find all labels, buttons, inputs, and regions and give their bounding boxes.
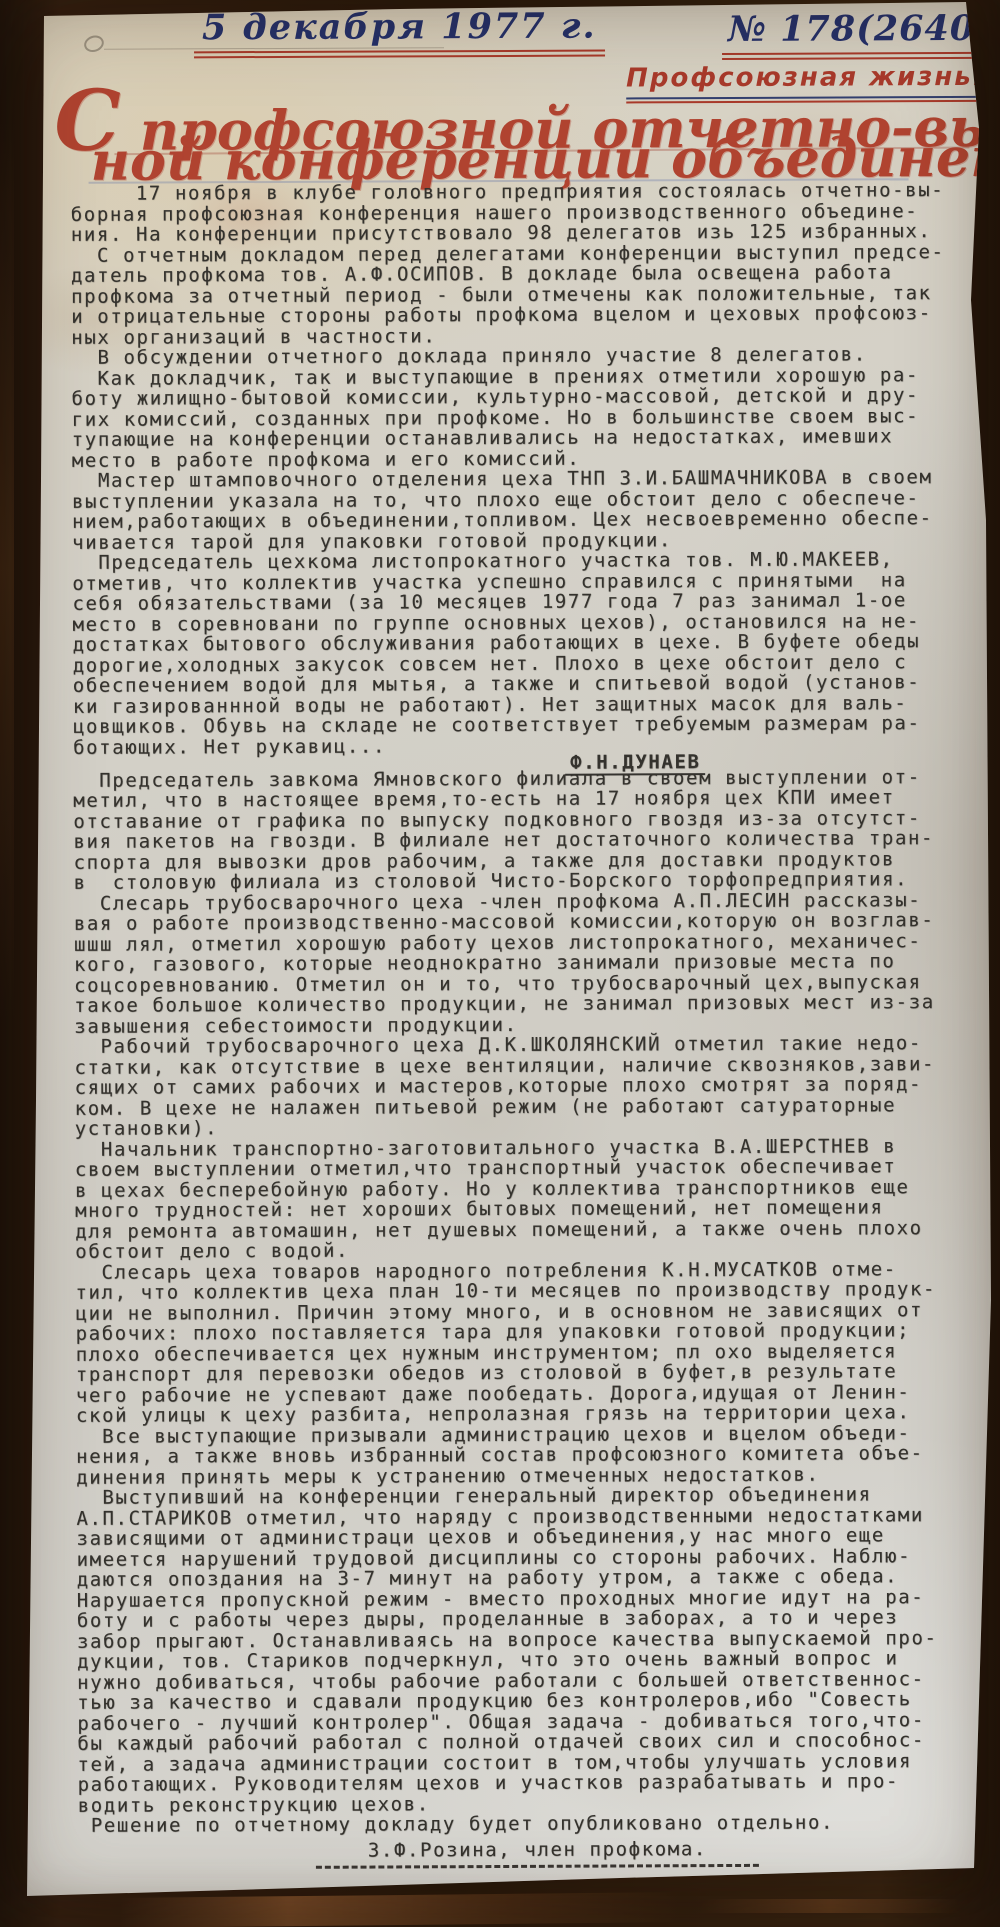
document-paper: 5 декабря 1977 г. № 178(2640). Профсоюзн… (0, 0, 1000, 1927)
wood-grain-streak (700, 1899, 960, 1913)
paragraph-intro: 17 ноября в клубе головного предприятия … (71, 180, 978, 471)
masthead-issue-number: № 178(2640). (722, 8, 1000, 60)
masthead-date: 5 декабря 1977 г. (194, 6, 605, 59)
pencil-mark (82, 33, 106, 54)
paragraph-yamnovsky-filial: Председатель завкома Ямновского филиала … (73, 766, 980, 893)
paragraph-musatkov: Слесарь цеха товаров народного потреблен… (75, 1258, 982, 1426)
document-content: 5 декабря 1977 г. № 178(2640). Профсоюзн… (0, 0, 1000, 1927)
paragraph-appeal: Все выступающие призывали администрацию … (76, 1422, 982, 1487)
signature-line: З.Ф.Розина, член профкома. (316, 1838, 759, 1868)
wood-grain-streak (0, 120, 14, 1020)
paragraph-resolution-note: Решение по отчетному докладу будет опубл… (78, 1812, 984, 1836)
paragraph-bashmachnikova: Мастер штамповочного отделения цеха ТНП … (72, 467, 978, 553)
paragraph-makeev: Председатель цехкома листопрокатного уча… (72, 549, 979, 758)
wood-grain-streak (120, 1892, 680, 1927)
article-body: 17 ноября в клубе головного предприятия … (71, 180, 984, 1870)
photo-background: 5 декабря 1977 г. № 178(2640). Профсоюзн… (0, 0, 1000, 1927)
paragraph-lesin: Слесарь трубосварочного цеха -член профк… (74, 889, 981, 1036)
paragraph-starikov: Выступивший на конференции генеральный д… (76, 1484, 983, 1816)
paragraph-sherstnev: Начальник транспортно-заготовитального у… (75, 1135, 982, 1262)
paragraph-shkolyansky: Рабочий трубосварочного цеха Д.К.ШКОЛЯНС… (74, 1033, 980, 1139)
